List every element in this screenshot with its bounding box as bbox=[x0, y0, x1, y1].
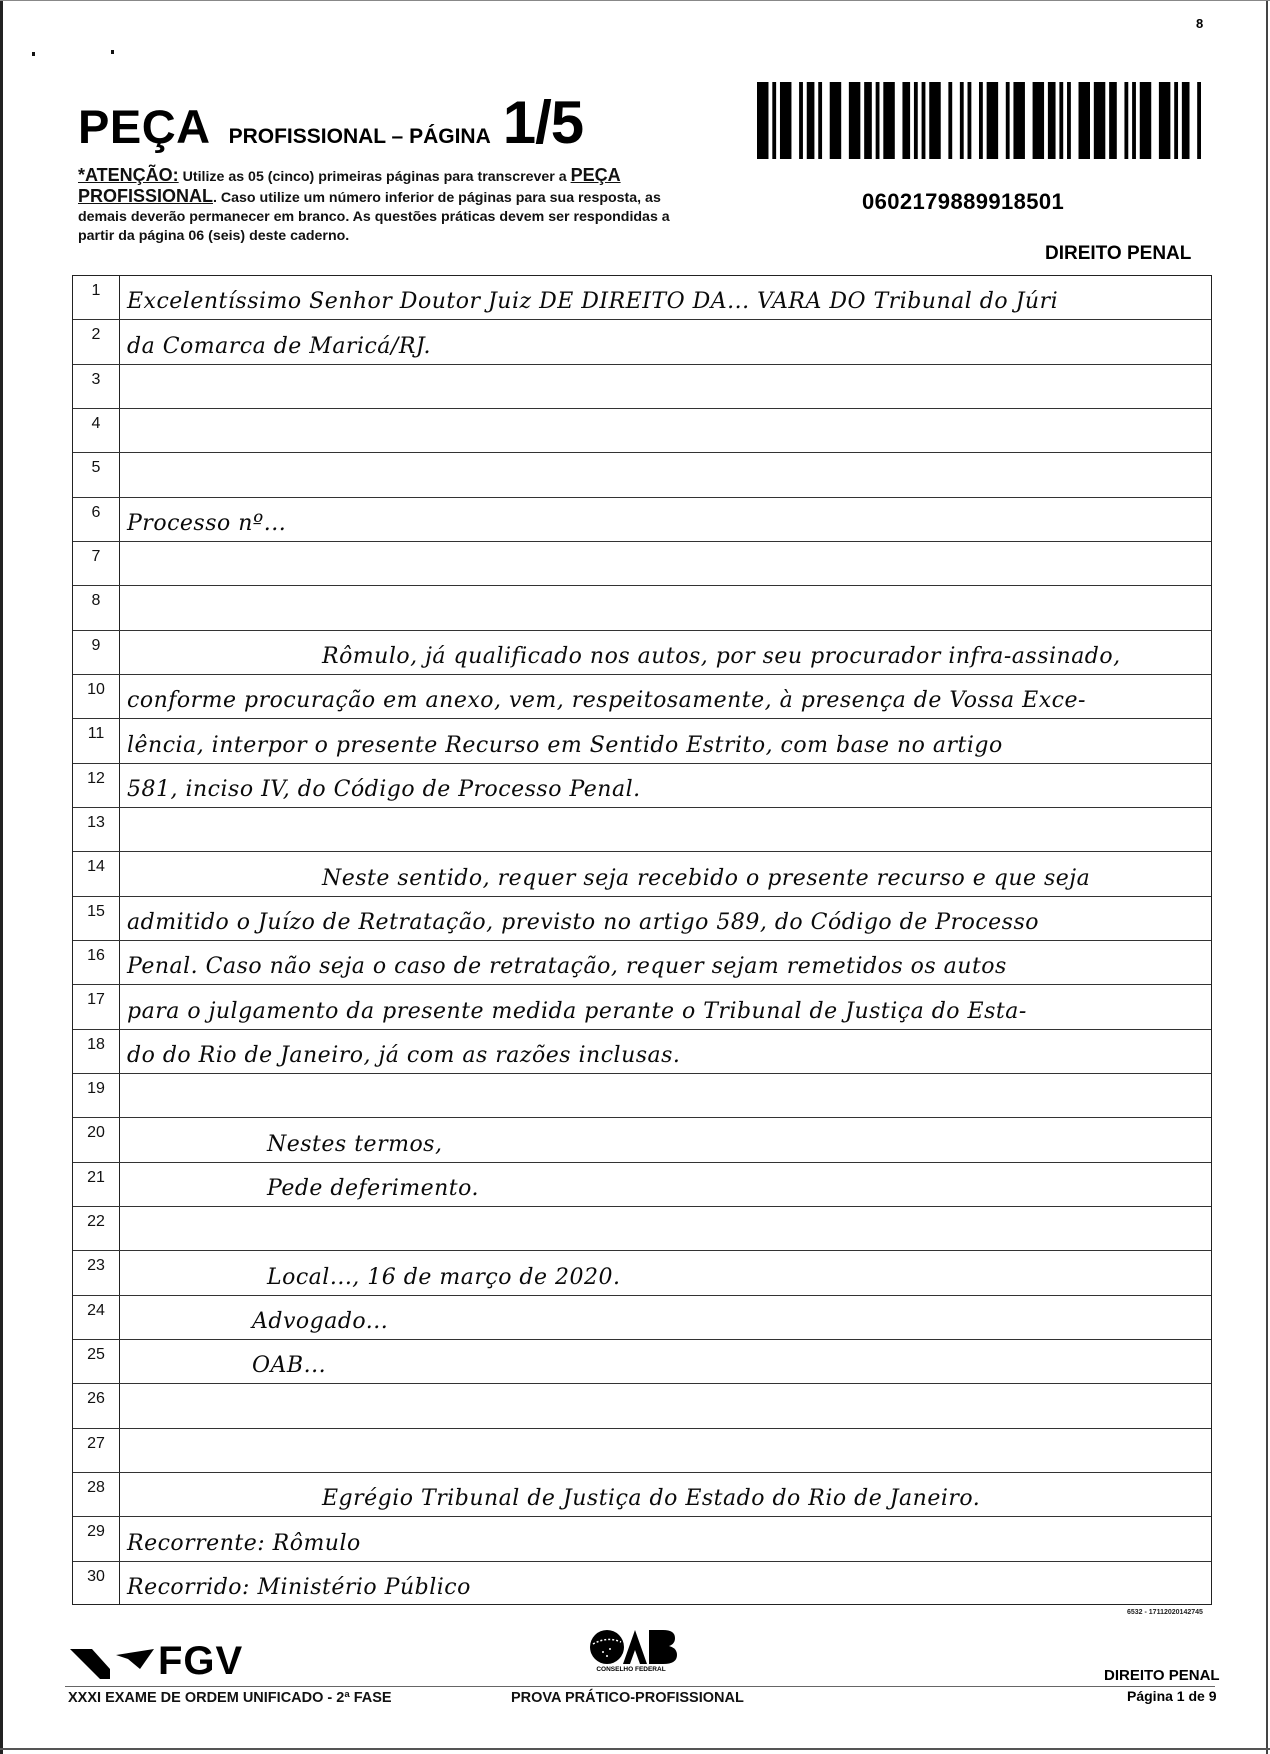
line-number: 23 bbox=[73, 1257, 119, 1275]
line-number: 26 bbox=[73, 1390, 119, 1408]
answer-line: 25OAB... bbox=[73, 1340, 1211, 1384]
answer-line: 5 bbox=[73, 453, 1211, 497]
answer-line: 23Local..., 16 de março de 2020. bbox=[73, 1251, 1211, 1295]
handwritten-text: Neste sentido, requer seja recebido o pr… bbox=[127, 866, 1201, 891]
line-number: 27 bbox=[73, 1435, 119, 1453]
answer-sheet: 1Excelentíssimo Senhor Doutor Juiz DE DI… bbox=[72, 275, 1212, 1605]
answer-line: 27 bbox=[73, 1429, 1211, 1473]
answer-line: 21Pede deferimento. bbox=[73, 1163, 1211, 1207]
answer-line: 15admitido o Juízo de Retratação, previs… bbox=[73, 897, 1211, 941]
attention-notice: *ATENÇÃO: Utilize as 05 (cinco) primeira… bbox=[78, 166, 698, 246]
answer-line: 28Egrégio Tribunal de Justiça do Estado … bbox=[73, 1473, 1211, 1517]
line-number: 18 bbox=[73, 1036, 119, 1054]
title-profissional-pagina: PROFISSIONAL – PÁGINA bbox=[229, 125, 491, 148]
answer-line: 18do do Rio de Janeiro, já com as razões… bbox=[73, 1030, 1211, 1074]
sheet-number: 8 bbox=[1196, 16, 1203, 31]
line-number: 1 bbox=[73, 282, 119, 300]
oab-logo-subtitle: CONSELHO FEDERAL bbox=[583, 1666, 679, 1673]
answer-line: 17para o julgamento da presente medida p… bbox=[73, 985, 1211, 1029]
handwritten-text: 581, inciso IV, do Código de Processo Pe… bbox=[127, 777, 1201, 802]
answer-line: 16Penal. Caso não seja o caso de retrata… bbox=[73, 941, 1211, 985]
answer-line: 30Recorrido: Ministério Público bbox=[73, 1562, 1211, 1606]
answer-line: 29Recorrente: Rômulo bbox=[73, 1517, 1211, 1561]
line-number: 16 bbox=[73, 947, 119, 965]
answer-line: 4 bbox=[73, 409, 1211, 453]
handwritten-text: para o julgamento da presente medida per… bbox=[127, 999, 1201, 1024]
handwritten-text: Advogado... bbox=[127, 1309, 1201, 1334]
fgv-chevron-icon bbox=[70, 1647, 154, 1681]
line-number: 7 bbox=[73, 548, 119, 566]
answer-line: 7 bbox=[73, 542, 1211, 586]
answer-line: 20Nestes termos, bbox=[73, 1118, 1211, 1162]
handwritten-text: Recorrente: Rômulo bbox=[127, 1531, 1201, 1556]
answer-line: 19 bbox=[73, 1074, 1211, 1118]
scan-speck bbox=[111, 50, 114, 54]
answer-line: 26 bbox=[73, 1384, 1211, 1428]
line-number: 2 bbox=[73, 326, 119, 344]
answer-line: 12581, inciso IV, do Código de Processo … bbox=[73, 764, 1211, 808]
scan-speck bbox=[32, 52, 35, 56]
handwritten-text: Egrégio Tribunal de Justiça do Estado do… bbox=[127, 1486, 1201, 1511]
handwritten-text: Recorrido: Ministério Público bbox=[127, 1575, 1201, 1600]
line-number: 28 bbox=[73, 1479, 119, 1497]
answer-line: 24Advogado... bbox=[73, 1296, 1211, 1340]
attention-text-1: Utilize as 05 (cinco) primeiras páginas … bbox=[179, 169, 571, 185]
line-number: 14 bbox=[73, 858, 119, 876]
line-number: 19 bbox=[73, 1080, 119, 1098]
barcode-number: 0602179889918501 bbox=[862, 189, 1064, 215]
scan-border-right bbox=[1266, 0, 1268, 1754]
handwritten-text: Nestes termos, bbox=[127, 1132, 1201, 1157]
answer-line: 11lência, interpor o presente Recurso em… bbox=[73, 719, 1211, 763]
answer-line: 10conforme procuração em anexo, vem, res… bbox=[73, 675, 1211, 719]
oab-emblem-icon bbox=[583, 1628, 679, 1666]
subject-label: DIREITO PENAL bbox=[1045, 243, 1191, 265]
answer-line: 1Excelentíssimo Senhor Doutor Juiz DE DI… bbox=[73, 276, 1211, 320]
scan-border-bottom bbox=[0, 1748, 1270, 1750]
line-number: 6 bbox=[73, 504, 119, 522]
handwritten-text: do do Rio de Janeiro, já com as razões i… bbox=[127, 1043, 1201, 1068]
oab-logo: CONSELHO FEDERAL bbox=[583, 1628, 679, 1678]
title-peca: PEÇA bbox=[78, 100, 211, 153]
line-number: 4 bbox=[73, 415, 119, 433]
handwritten-text: lência, interpor o presente Recurso em S… bbox=[127, 733, 1201, 758]
footer-divider bbox=[65, 1686, 1215, 1687]
line-number: 30 bbox=[73, 1568, 119, 1586]
line-number: 20 bbox=[73, 1124, 119, 1142]
line-number: 15 bbox=[73, 903, 119, 921]
line-number: 8 bbox=[73, 592, 119, 610]
line-number: 12 bbox=[73, 770, 119, 788]
footer-code: 6532 - 17112020142745 bbox=[1127, 1609, 1203, 1616]
answer-line: 13 bbox=[73, 808, 1211, 852]
answer-line: 9Rômulo, já qualificado nos autos, por s… bbox=[73, 631, 1211, 675]
line-number: 9 bbox=[73, 637, 119, 655]
answer-line: 14Neste sentido, requer seja recebido o … bbox=[73, 852, 1211, 896]
answer-line: 22 bbox=[73, 1207, 1211, 1251]
handwritten-text: Processo nº... bbox=[127, 511, 1201, 536]
fgv-logo-text: FGV bbox=[158, 1639, 243, 1684]
exam-name: XXXI EXAME DE ORDEM UNIFICADO - 2ª FASE bbox=[68, 1690, 392, 1706]
fgv-logo: FGV bbox=[70, 1645, 260, 1685]
exam-type: PROVA PRÁTICO-PROFISSIONAL bbox=[511, 1690, 744, 1706]
page-indicator: Página 1 de 9 bbox=[1127, 1688, 1216, 1704]
handwritten-text: da Comarca de Maricá/RJ. bbox=[127, 334, 1201, 359]
handwritten-text: conforme procuração em anexo, vem, respe… bbox=[127, 688, 1201, 713]
line-number: 11 bbox=[73, 725, 119, 743]
handwritten-text: admitido o Juízo de Retratação, previsto… bbox=[127, 910, 1201, 935]
line-number: 22 bbox=[73, 1213, 119, 1231]
page-title: PEÇAPROFISSIONAL – PÁGINA1/5 bbox=[78, 88, 583, 157]
line-number: 21 bbox=[73, 1169, 119, 1187]
scan-border-top bbox=[0, 0, 1270, 1]
answer-line: 3 bbox=[73, 365, 1211, 409]
handwritten-text: Local..., 16 de março de 2020. bbox=[127, 1265, 1201, 1290]
line-number: 10 bbox=[73, 681, 119, 699]
handwritten-text: OAB... bbox=[127, 1353, 1201, 1378]
handwritten-text: Penal. Caso não seja o caso de retrataçã… bbox=[127, 954, 1201, 979]
answer-line: 2da Comarca de Maricá/RJ. bbox=[73, 320, 1211, 364]
barcode-icon bbox=[757, 82, 1201, 159]
footer-subject: DIREITO PENAL bbox=[1104, 1667, 1220, 1684]
answer-line: 6Processo nº... bbox=[73, 498, 1211, 542]
handwritten-text: Pede deferimento. bbox=[127, 1176, 1201, 1201]
line-number: 13 bbox=[73, 814, 119, 832]
title-page-count: 1/5 bbox=[503, 89, 583, 156]
answer-line: 8 bbox=[73, 586, 1211, 630]
line-number: 25 bbox=[73, 1346, 119, 1364]
attention-label: *ATENÇÃO: bbox=[78, 165, 179, 185]
handwritten-text: Excelentíssimo Senhor Doutor Juiz DE DIR… bbox=[127, 289, 1201, 314]
scan-border-left bbox=[0, 0, 3, 1754]
line-number: 5 bbox=[73, 459, 119, 477]
line-number: 3 bbox=[73, 371, 119, 389]
line-number: 29 bbox=[73, 1523, 119, 1541]
line-number: 17 bbox=[73, 991, 119, 1009]
line-number: 24 bbox=[73, 1302, 119, 1320]
handwritten-text: Rômulo, já qualificado nos autos, por se… bbox=[127, 644, 1201, 669]
